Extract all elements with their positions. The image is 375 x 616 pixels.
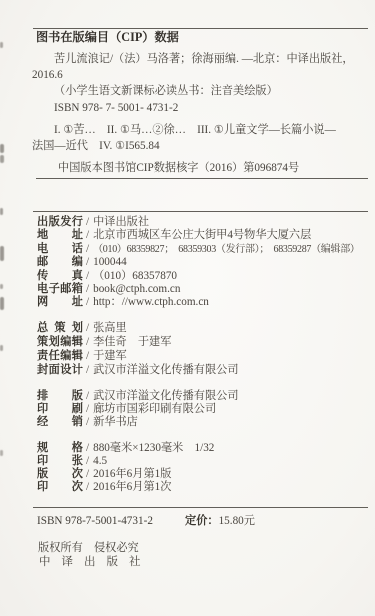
info-row-format: 规格/880毫米×1230毫米 1/32 <box>37 442 214 455</box>
info-row-printing: 印刷/廊坊市国彩印刷有限公司 <box>37 403 239 416</box>
info-row-typesetting: 排版/武汉市洋溢文化传播有限公司 <box>37 390 239 403</box>
label-separator: / <box>86 455 89 468</box>
scan-artifact <box>0 144 4 153</box>
cip-isbn: ISBN 978- 7- 5001- 4731-2 <box>32 100 362 116</box>
info-row-phone: 电话/（010）68359827； 68359303（发行部）； 6835928… <box>37 243 360 256</box>
label-separator: / <box>86 243 89 256</box>
scan-artifact <box>0 246 4 261</box>
info-value: 新华书店 <box>93 416 138 428</box>
cip-heading: 图书在版编目（CIP）数据 <box>32 30 362 45</box>
info-row-email: 电子邮箱/book@ctph.com.cn <box>37 283 360 296</box>
info-label: 版次 <box>37 468 83 481</box>
publisher-info-block: 出版发行/中译出版社 地址/北京市西城区车公庄大街甲4号物华大厦六层 电话/（0… <box>37 216 360 310</box>
label-separator: / <box>86 216 89 229</box>
cip-classification-line-2: 法国—近代 IV. ①I565.84 <box>32 138 362 154</box>
info-value: 100044 <box>93 256 127 268</box>
top-rule <box>33 28 368 30</box>
info-label: 邮编 <box>37 256 83 269</box>
info-value: （010）68357870 <box>93 270 177 282</box>
info-label: 印张 <box>37 455 83 468</box>
info-row-planning-editor: 策划编辑/李佳奇 于建军 <box>37 335 239 349</box>
scan-artifact <box>0 208 3 215</box>
info-row-fax: 传真/（010）68357870 <box>37 270 360 283</box>
cip-bottom-rule <box>36 178 368 180</box>
info-label: 出版发行 <box>37 216 83 229</box>
info-row-publisher: 出版发行/中译出版社 <box>37 216 360 229</box>
cip-record-number: 中国版本图书馆CIP数据核字（2016）第096874号 <box>32 160 362 176</box>
info-row-cover-design: 封面设计/武汉市洋溢文化传播有限公司 <box>37 363 239 377</box>
info-label: 印刷 <box>37 403 83 416</box>
scan-artifact <box>0 155 4 163</box>
footer-top-rule <box>33 507 368 509</box>
info-row-distribution: 经销/新华书店 <box>37 416 239 429</box>
info-row-edition: 版次/2016年6月第1版 <box>37 468 214 481</box>
scan-artifact <box>0 297 4 310</box>
info-row-responsible-editor: 责任编辑/于建军 <box>37 349 239 363</box>
label-separator: / <box>86 296 89 309</box>
label-separator: / <box>86 416 89 429</box>
info-value: 2016年6月第1版 <box>93 468 171 480</box>
info-label: 策划编辑 <box>37 335 83 349</box>
info-value: 880毫米×1230毫米 1/32 <box>93 442 214 454</box>
scan-artifact <box>0 42 3 48</box>
info-value: http：//www.ctph.com.cn <box>93 296 209 308</box>
info-label: 印次 <box>37 481 83 494</box>
info-label: 责任编辑 <box>37 349 83 363</box>
label-separator: / <box>86 390 89 403</box>
info-value: 武汉市洋溢文化传播有限公司 <box>93 390 238 402</box>
info-value: 北京市西城区车公庄大街甲4号物华大厦六层 <box>93 229 311 241</box>
footer-isbn: ISBN 978-7-5001-4731-2 <box>37 515 185 527</box>
price-label: 定价： <box>185 515 219 527</box>
info-row-postcode: 邮编/100044 <box>37 256 360 269</box>
label-separator: / <box>86 442 89 455</box>
cip-series-note: （小学生语文新课标必读丛书：注音美绘版） <box>32 83 362 99</box>
spec-info-block: 规格/880毫米×1230毫米 1/32 印张/4.5 版次/2016年6月第1… <box>37 442 214 494</box>
info-value: 张高里 <box>93 322 127 334</box>
scan-artifact <box>0 450 3 456</box>
info-label: 电话 <box>37 243 83 256</box>
info-label: 经销 <box>37 416 83 429</box>
staff-info-block: 总策划/张高里 策划编辑/李佳奇 于建军 责任编辑/于建军 封面设计/武汉市洋溢… <box>37 321 239 377</box>
copyright-page: 图书在版编目（CIP）数据 苦儿流浪记/（法）马洛著；徐海丽编. —北京：中译出… <box>0 0 375 616</box>
info-row-impression: 印次/2016年6月第1次 <box>37 481 214 494</box>
info-value: 于建军 <box>93 350 127 362</box>
info-row-website: 网址/http：//www.ctph.com.cn <box>37 296 360 309</box>
info-row-address: 地址/北京市西城区车公庄大街甲4号物华大厦六层 <box>37 229 360 242</box>
production-info-block: 排版/武汉市洋溢文化传播有限公司 印刷/廊坊市国彩印刷有限公司 经销/新华书店 <box>37 390 239 430</box>
label-separator: / <box>86 229 89 242</box>
cip-data-block: 图书在版编目（CIP）数据 苦儿流浪记/（法）马洛著；徐海丽编. —北京：中译出… <box>32 30 362 176</box>
info-value: （010）68359827； 68359303（发行部）； 68359287（编… <box>93 244 360 255</box>
price-value: 15.80元 <box>219 515 255 527</box>
scan-artifact <box>0 345 3 351</box>
label-separator: / <box>86 283 89 296</box>
info-label: 总策划 <box>37 321 83 335</box>
info-label: 电子邮箱 <box>37 283 83 296</box>
label-separator: / <box>86 321 89 335</box>
info-label: 规格 <box>37 442 83 455</box>
info-value: 2016年6月第1次 <box>93 481 171 493</box>
info-label: 网址 <box>37 296 83 309</box>
publisher-imprint: 中译出版社 <box>39 553 152 569</box>
label-separator: / <box>86 256 89 269</box>
info-label: 地址 <box>37 229 83 242</box>
info-value: 李佳奇 于建军 <box>93 336 171 348</box>
scan-artifact <box>0 284 3 289</box>
label-separator: / <box>86 468 89 481</box>
info-value: 4.5 <box>93 455 107 467</box>
info-label: 封面设计 <box>37 363 83 377</box>
info-row-chief-planner: 总策划/张高里 <box>37 321 239 335</box>
label-separator: / <box>86 270 89 283</box>
label-separator: / <box>86 403 89 416</box>
info-value: 廊坊市国彩印刷有限公司 <box>93 403 216 415</box>
info-value: 武汉市洋溢文化传播有限公司 <box>93 364 238 376</box>
label-separator: / <box>86 349 89 363</box>
footer-isbn-price-row: ISBN 978-7-5001-4731-2定价：15.80元 <box>37 512 255 528</box>
label-separator: / <box>86 481 89 494</box>
info-value: book@ctph.com.cn <box>93 283 180 295</box>
publisher-block-top-rule <box>33 211 368 213</box>
cip-entry-line-2: 2016.6 <box>32 67 362 83</box>
cip-entry-line-1: 苦儿流浪记/（法）马洛著；徐海丽编. —北京：中译出版社， <box>32 51 362 67</box>
cip-classification-line-1: I. ①苦… II. ①马…②徐… III. ①儿童文学—长篇小说— <box>32 122 362 138</box>
label-separator: / <box>86 335 89 349</box>
label-separator: / <box>86 363 89 377</box>
info-value: 中译出版社 <box>93 216 149 228</box>
info-label: 排版 <box>37 390 83 403</box>
info-row-sheets: 印张/4.5 <box>37 455 214 468</box>
info-label: 传真 <box>37 270 83 283</box>
